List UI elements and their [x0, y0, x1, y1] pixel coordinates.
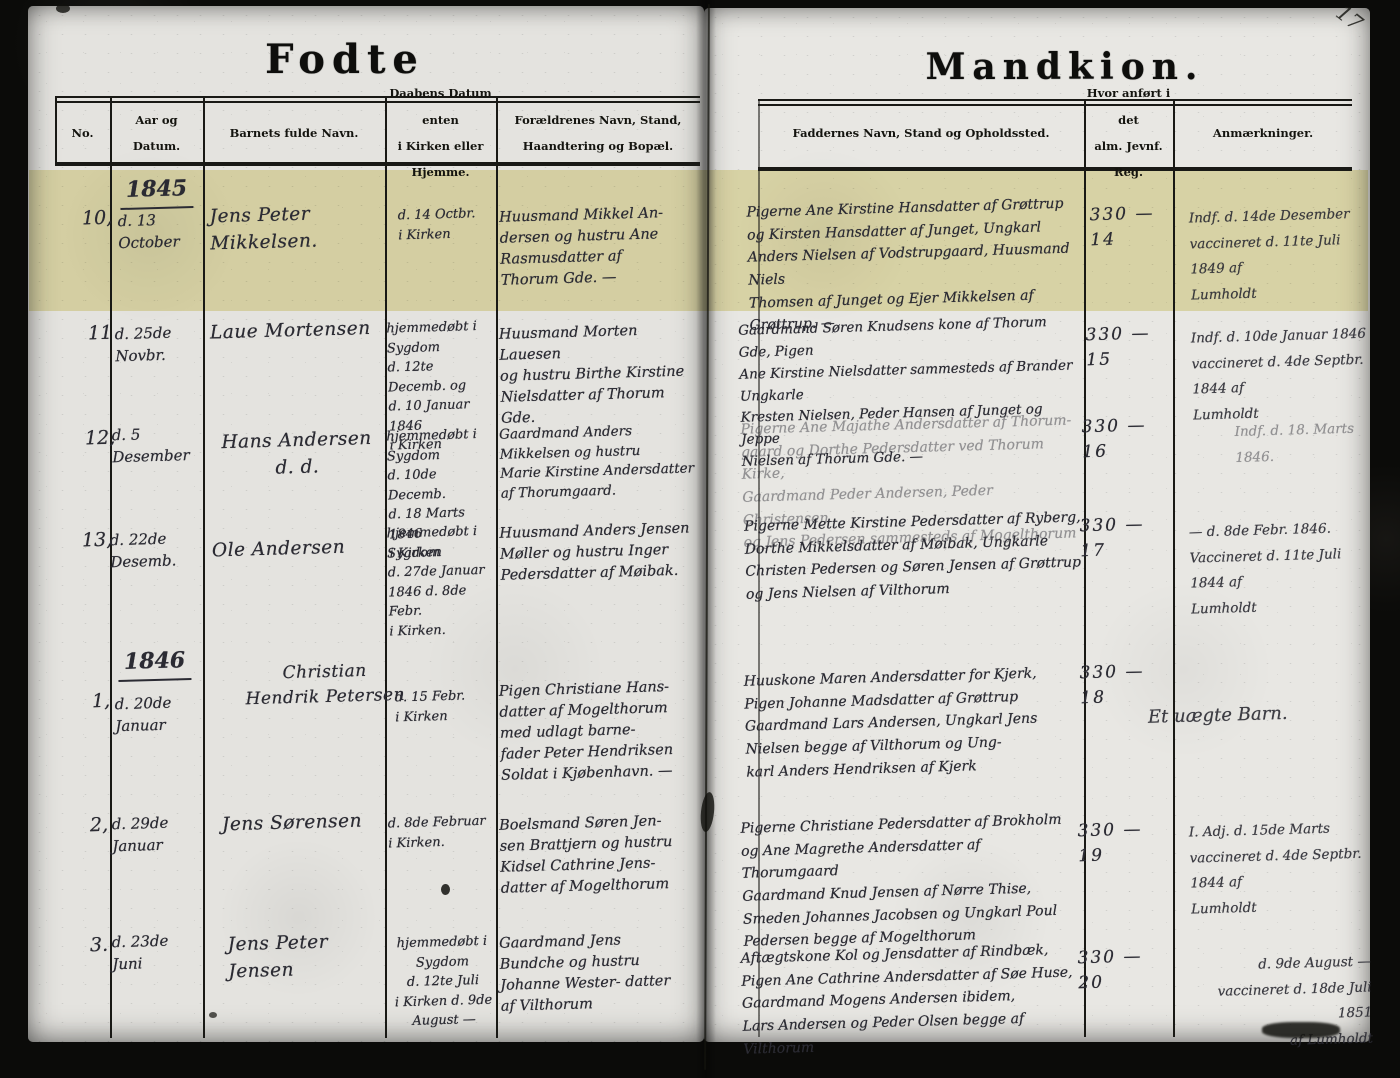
rule-header-bottom-left — [55, 162, 700, 166]
left-page-title: Fodte — [175, 36, 515, 83]
entry-child-name: Christian Hendrik Petersen — [239, 658, 410, 712]
entry-no: 1, — [92, 688, 111, 716]
entry-register-ref: 330 — 17 — [1079, 512, 1168, 564]
entry-date: d. 5 Desember — [111, 423, 200, 469]
entry-child-name: Laue Mortensen — [210, 316, 386, 348]
entry-no: 11 — [88, 320, 113, 348]
entry-date: d. 29de Januar — [111, 812, 202, 858]
entry-sponsors: Aftægtskone Kol og Jensdatter af Rindbæk… — [740, 938, 1081, 1061]
entry-child-name: Jens Peter Jensen — [227, 928, 400, 986]
column-header-register: Hvor anført i det alm. Jevnf. Reg. — [1084, 104, 1173, 162]
entry-parents: Huusmand Anders Jensen Møller og hustru … — [499, 518, 701, 587]
entry-date: d. 25de Novbr. — [114, 322, 203, 368]
entry-register-ref: 330 — 15 — [1085, 321, 1174, 373]
entry-parents: Boelsmand Søren Jen- sen Brattjern og hu… — [499, 810, 701, 900]
column-header-sponsors: Faddernes Navn, Stand og Opholdssted. — [758, 104, 1084, 162]
entry-parents: Gaardmand Jens Bundche og hustru Johanne… — [499, 928, 701, 1018]
entry-remarks: Indf. d. 14de Desember vaccineret d. 11t… — [1189, 202, 1372, 310]
ink-smudge — [1262, 1022, 1340, 1038]
entry-baptism: hjemmedøbt i Sygdom d. 27de Januar 1846 … — [386, 522, 497, 642]
year-heading-1846: 1846 — [118, 645, 192, 682]
entry-date: d. 13 October — [117, 209, 203, 255]
entry-remarks: I. Adj. d. 15de Marts vaccineret d. 4de … — [1189, 815, 1374, 923]
entry-baptism: d. 15 Febr. i Kirken — [394, 686, 497, 728]
column-header-remarks: Anmærkninger. — [1173, 104, 1353, 162]
entry-remarks: Indf. d. 18. Marts 1846. — [1234, 416, 1375, 471]
entry-remarks: Indf. d. 10de Januar 1846 vaccineret d. … — [1191, 322, 1374, 430]
entry-date: d. 20de Januar — [114, 692, 203, 738]
right-page-title: Mandkion. — [900, 46, 1230, 88]
entry-child-name: Ole Andersen — [212, 534, 385, 566]
entry-child-name: Hans Andersen d. d. — [211, 426, 382, 484]
scanned-parish-register: Fodte Mandkion. No. Aar og Datum. Barnet… — [0, 0, 1400, 1078]
entry-child-name: Jens Sørensen — [222, 808, 395, 840]
column-header-name: Barnets fulde Navn. — [203, 104, 385, 162]
entry-date: d. 22de Desemb. — [109, 528, 200, 574]
year-heading-1845: 1845 — [120, 173, 194, 210]
entry-date: d. 23de Juni — [111, 930, 202, 976]
entry-sponsors: Pigerne Christiane Pedersdatter af Brokh… — [740, 808, 1082, 953]
entry-sponsors: Huuskone Maren Andersdatter for Kjerk, P… — [743, 661, 1081, 784]
ink-smudge — [56, 4, 70, 13]
ink-smudge — [209, 1012, 217, 1018]
entry-sponsors: Pigerne Mette Kirstine Pedersdatter af R… — [744, 506, 1084, 606]
entry-no: 10, — [82, 205, 113, 233]
entry-baptism: hjemmedøbt i Sygdom d. 12te Juli i Kirke… — [391, 932, 496, 1032]
ink-smudge — [441, 884, 450, 895]
entry-child-name: Jens Peter Mikkelsen. — [209, 200, 382, 258]
entry-no: 13, — [82, 527, 113, 555]
column-line — [203, 96, 205, 1038]
entry-remarks: Et uægte Barn. — [1148, 695, 1349, 735]
entry-no: 3. — [90, 932, 109, 960]
column-header-parents: Forældrenes Navn, Stand, Haandtering og … — [496, 104, 700, 162]
entry-parents: Pigen Christiane Hans- datter af Mogelth… — [499, 676, 702, 787]
column-header-no: No. — [55, 104, 110, 162]
entry-baptism: d. 14 Octbr. i Kirken — [397, 204, 498, 246]
rule-header-bottom-right — [758, 167, 1352, 171]
rule-top-1-right — [758, 99, 1352, 101]
entry-remarks: — d. 8de Febr. 1846. Vaccineret d. 11te … — [1189, 515, 1374, 623]
entry-remarks: d. 9de August — vaccineret d. 18de Juli … — [1187, 949, 1374, 1057]
entry-register-ref: 330 — 19 — [1077, 817, 1166, 869]
column-header-date: Aar og Datum. — [110, 104, 203, 162]
entry-baptism: d. 8de Februar i Kirken. — [387, 812, 493, 854]
rule-top-1-left — [55, 96, 700, 98]
entry-register-ref: 330 — 16 — [1081, 413, 1170, 465]
column-header-baptism: Daabens Datum enten i Kirken eller Hjemm… — [385, 104, 496, 162]
entry-no: 2, — [90, 812, 109, 840]
column-line — [1084, 99, 1086, 1037]
entry-parents: Gaardmand Anders Mikkelsen og hustru Mar… — [499, 420, 701, 504]
entry-register-ref: 330 — 14 — [1089, 201, 1178, 253]
entry-parents: Huusmand Mikkel An- dersen og hustru Ane… — [499, 202, 699, 292]
entry-register-ref: 330 — 20 — [1077, 944, 1166, 996]
entry-parents: Huusmand Morten Lauesen og hustru Birthe… — [499, 319, 702, 430]
rule-top-2-left — [55, 101, 700, 103]
